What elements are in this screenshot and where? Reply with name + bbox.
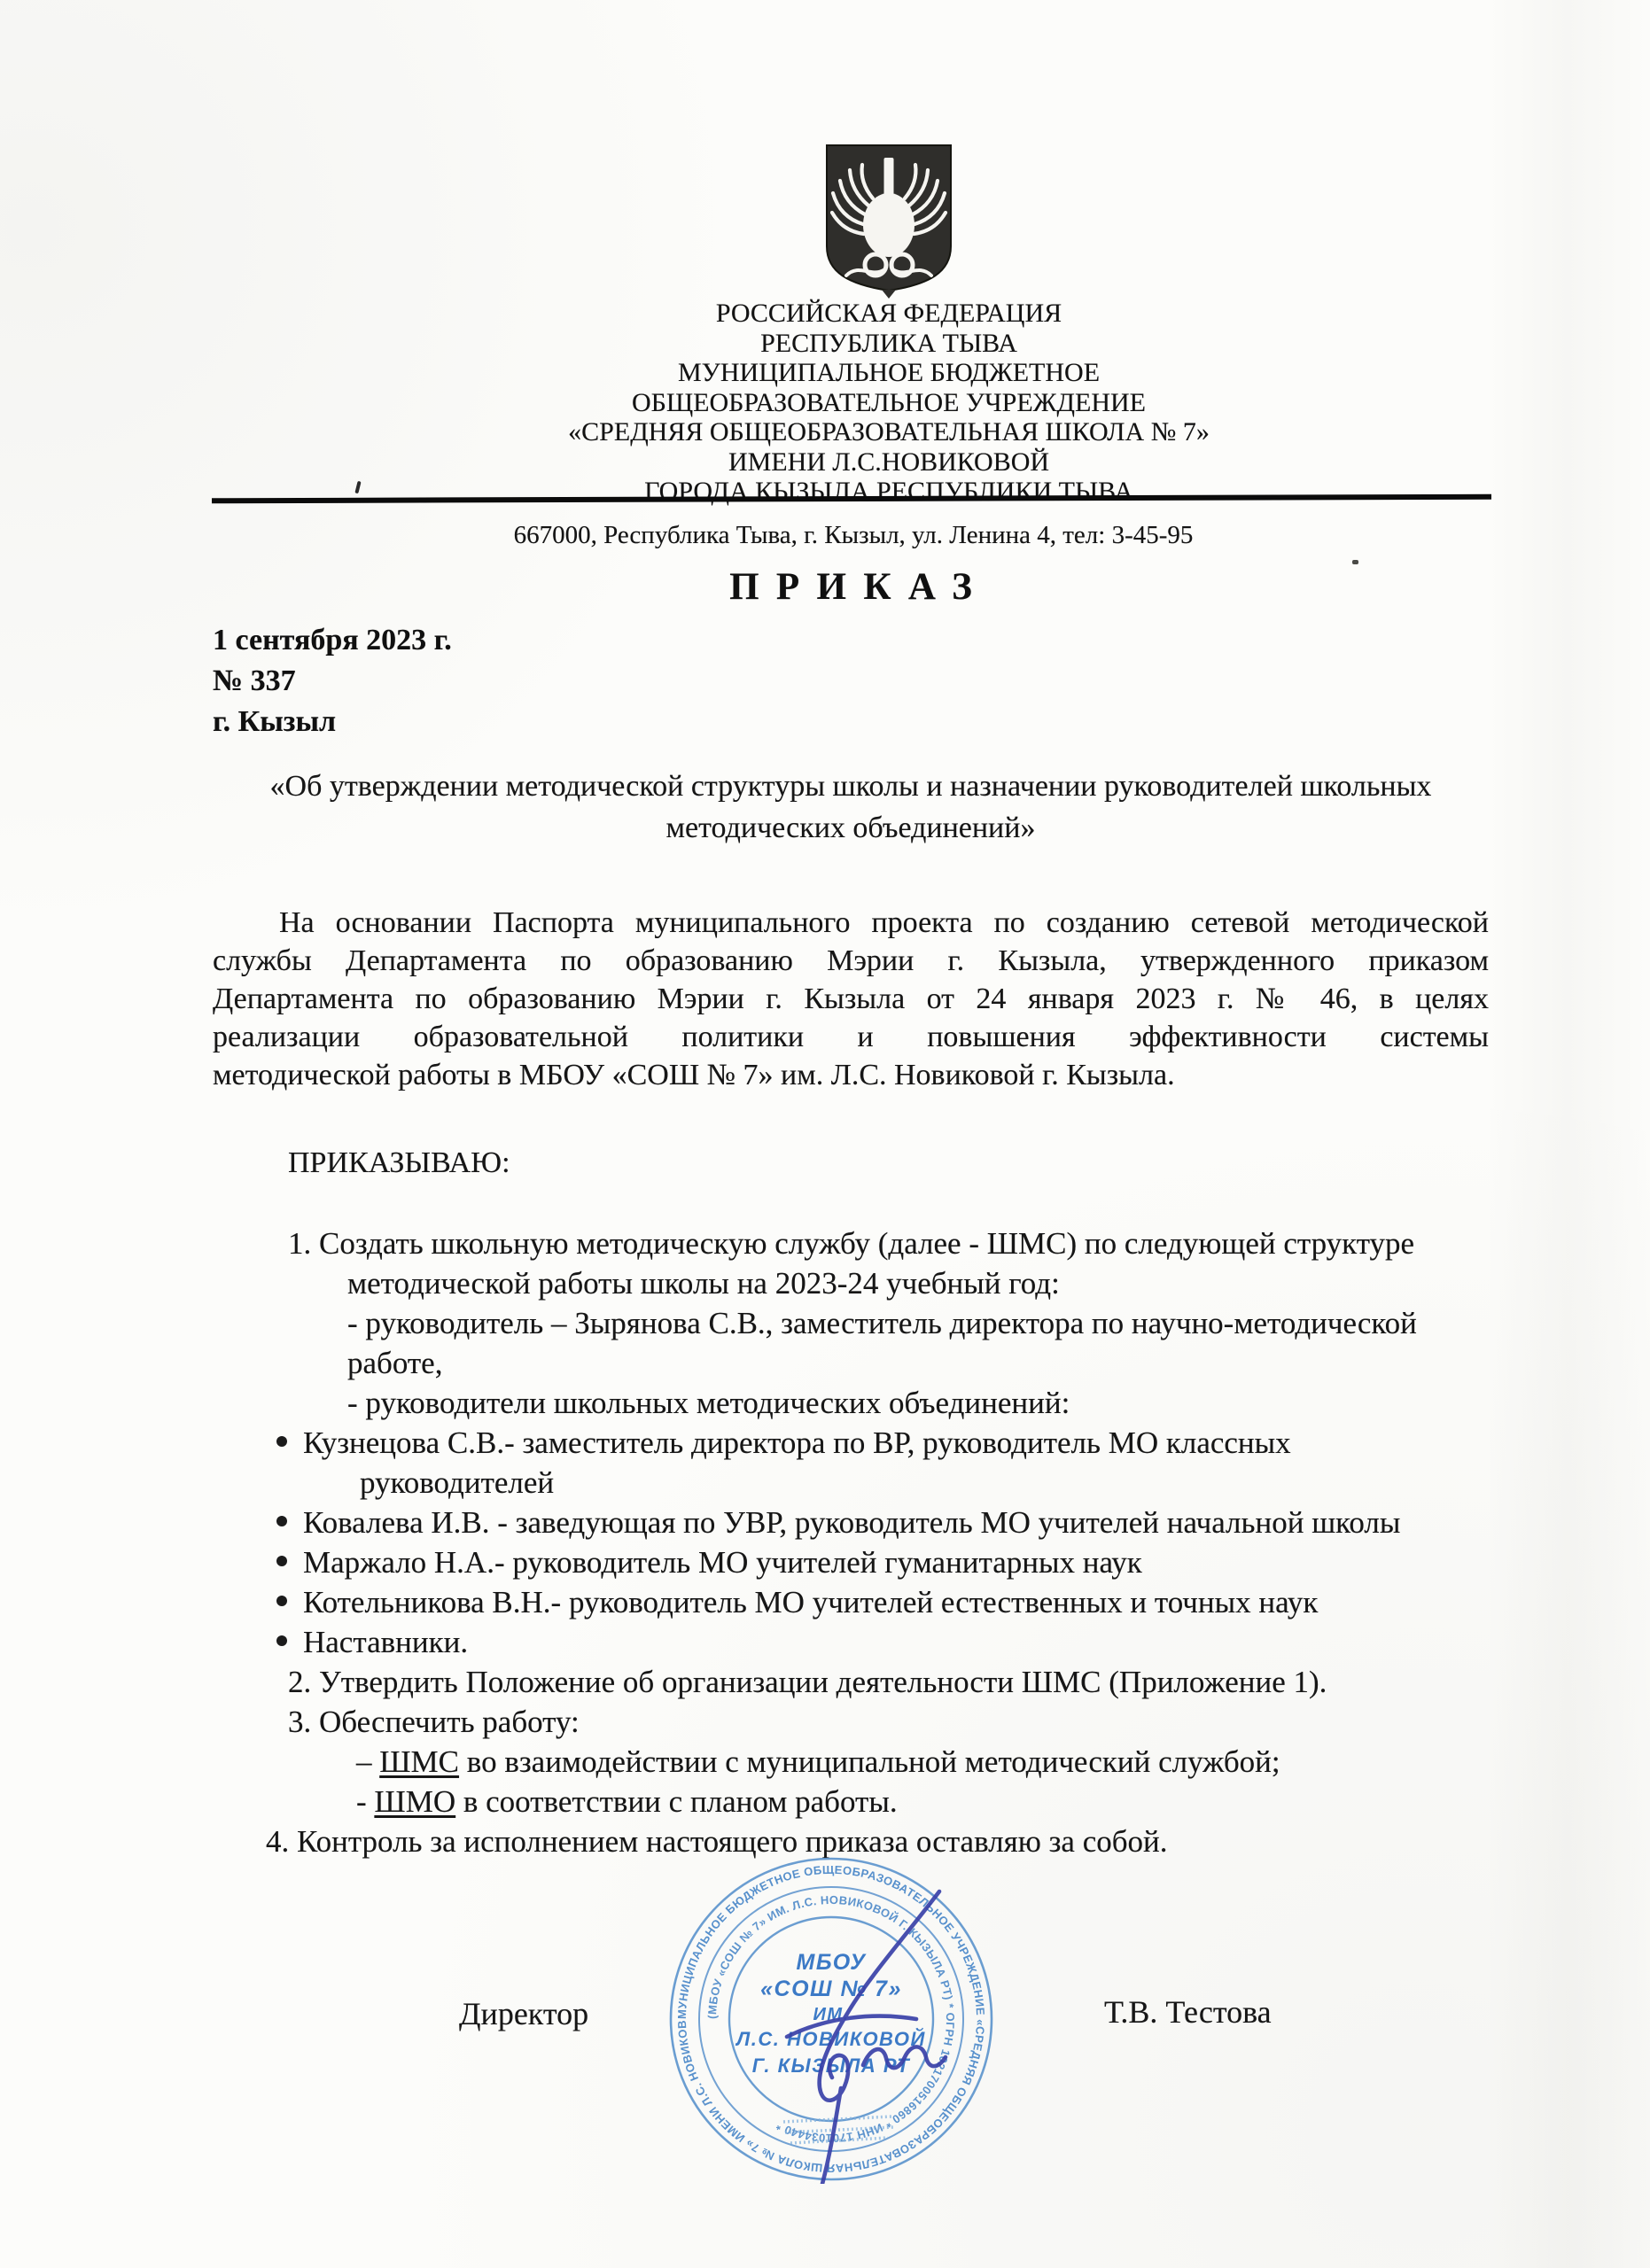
item-3-sub-text: во взаимодействии с муниципальной методи…: [459, 1744, 1280, 1779]
item-1-sub-line: - руководитель – Зырянова С.В., заместит…: [213, 1303, 1503, 1343]
org-line: «СРЕДНЯЯ ОБЩЕОБРАЗОВАТЕЛЬНАЯ ШКОЛА № 7»: [490, 417, 1288, 447]
signer-name: Т.В. Тестова: [1104, 1993, 1272, 2031]
signer-role: Директор: [459, 1995, 588, 2032]
org-header: РОССИЙСКАЯ ФЕДЕРАЦИЯ РЕСПУБЛИКА ТЫВА МУН…: [490, 299, 1288, 507]
preamble-line: методической работы в МБОУ «СОШ № 7» им.…: [213, 1056, 1489, 1094]
preamble-line: Департамента по образованию Мэрии г. Кыз…: [213, 980, 1489, 1018]
scan-speck: [1352, 560, 1358, 564]
school-round-seal: МУНИЦИПАЛЬНОЕ БЮДЖЕТНОЕ ОБЩЕОБРАЗОВАТЕЛЬ…: [666, 1854, 996, 2184]
org-line: МУНИЦИПАЛЬНОЕ БЮДЖЕТНОЕ: [490, 358, 1288, 388]
bullet-icon: •: [276, 1436, 287, 1447]
document-title: ПРИКАЗ: [213, 565, 1489, 609]
item-1-sub-line: - руководители школьных методических объ…: [213, 1383, 1503, 1423]
item-1-sub-line: работе,: [213, 1343, 1503, 1383]
bullet-icon: •: [276, 1635, 287, 1646]
resolve-word: ПРИКАЗЫВАЮ:: [288, 1146, 510, 1180]
bullet-text: Котельникова В.Н.- руководитель МО учите…: [303, 1582, 1318, 1622]
scan-speck: [354, 481, 361, 494]
svg-text:«СОШ № 7»: «СОШ № 7»: [760, 1977, 902, 2001]
item-2-line: 2. Утвердить Положение об организации де…: [213, 1662, 1503, 1702]
scanned-order-document: РОССИЙСКАЯ ФЕДЕРАЦИЯ РЕСПУБЛИКА ТЫВА МУН…: [0, 0, 1650, 2268]
item-3-sub-line: – ШМС во взаимодействии с муниципальной …: [213, 1742, 1503, 1782]
dash: –: [356, 1744, 379, 1779]
org-line: ОБЩЕОБРАЗОВАТЕЛЬНОЕ УЧРЕЖДЕНИЕ: [490, 388, 1288, 418]
bullet-icon: •: [276, 1596, 287, 1606]
abbr-shms: ШМС: [379, 1744, 459, 1779]
item-1-line: методической работы школы на 2023-24 уче…: [213, 1263, 1503, 1303]
bullet-icon: •: [276, 1516, 287, 1526]
dash: -: [356, 1784, 374, 1819]
bullet-item: • Ковалева И.В. - заведующая по УВР, рук…: [213, 1503, 1503, 1542]
order-meta: 1 сентября 2023 г. № 337 г. Кызыл: [213, 620, 833, 742]
bullet-item: • Наставники.: [213, 1622, 1503, 1662]
org-line: ИМЕНИ Л.С.НОВИКОВОЙ: [490, 447, 1288, 478]
item-3-sub-line: - ШМО в соответствии с планом работы.: [213, 1782, 1503, 1821]
preamble-line: На основании Паспорта муниципального про…: [213, 904, 1489, 942]
bullet-text: Кузнецова С.В.- заместитель директора по…: [303, 1423, 1291, 1463]
bullet-item-continuation: руководителей: [213, 1463, 1503, 1503]
bullet-icon: •: [276, 1556, 287, 1566]
org-address: 667000, Республика Тыва, г. Кызыл, ул. Л…: [213, 521, 1494, 550]
bullet-item: • Котельникова В.Н.- руководитель МО учи…: [213, 1582, 1503, 1622]
org-line: РОССИЙСКАЯ ФЕДЕРАЦИЯ: [490, 299, 1288, 329]
subject-line: «Об утверждении методической структуры ш…: [204, 765, 1498, 807]
abbr-shmo: ШМО: [374, 1784, 455, 1819]
order-number: № 337: [213, 661, 833, 702]
bullet-item: • Кузнецова С.В.- заместитель директора …: [213, 1423, 1503, 1463]
bullet-text: Маржало Н.А.- руководитель МО учителей г…: [303, 1542, 1142, 1582]
seal-center-text: МБОУ «СОШ № 7» ИМ. Л.С. НОВИКОВОЙ Г. КЫЗ…: [735, 1950, 926, 2077]
preamble-line: реализации образовательной политики и по…: [213, 1018, 1489, 1056]
svg-text:МБОУ: МБОУ: [797, 1950, 868, 1975]
kyzyl-coat-of-arms-icon: [820, 140, 958, 299]
subject-line: методических объединений»: [204, 807, 1498, 849]
org-line: РЕСПУБЛИКА ТЫВА: [490, 329, 1288, 359]
item-3-line: 3. Обеспечить работу:: [213, 1702, 1503, 1742]
bullet-text: Наставники.: [303, 1622, 468, 1662]
order-items: 1. Создать школьную методическую службу …: [213, 1223, 1503, 1861]
order-date: 1 сентября 2023 г.: [213, 620, 833, 661]
bullet-text: Ковалева И.В. - заведующая по УВР, руков…: [303, 1503, 1400, 1542]
preamble-line: службы Департамента по образованию Мэрии…: [213, 942, 1489, 980]
order-city: г. Кызыл: [213, 702, 833, 742]
item-1-line: 1. Создать школьную методическую службу …: [213, 1223, 1503, 1263]
bullet-item: • Маржало Н.А.- руководитель МО учителей…: [213, 1542, 1503, 1582]
order-subject: «Об утверждении методической структуры ш…: [204, 765, 1498, 849]
order-preamble: На основании Паспорта муниципального про…: [213, 904, 1489, 1094]
item-3-sub-text: в соответствии с планом работы.: [455, 1784, 897, 1819]
